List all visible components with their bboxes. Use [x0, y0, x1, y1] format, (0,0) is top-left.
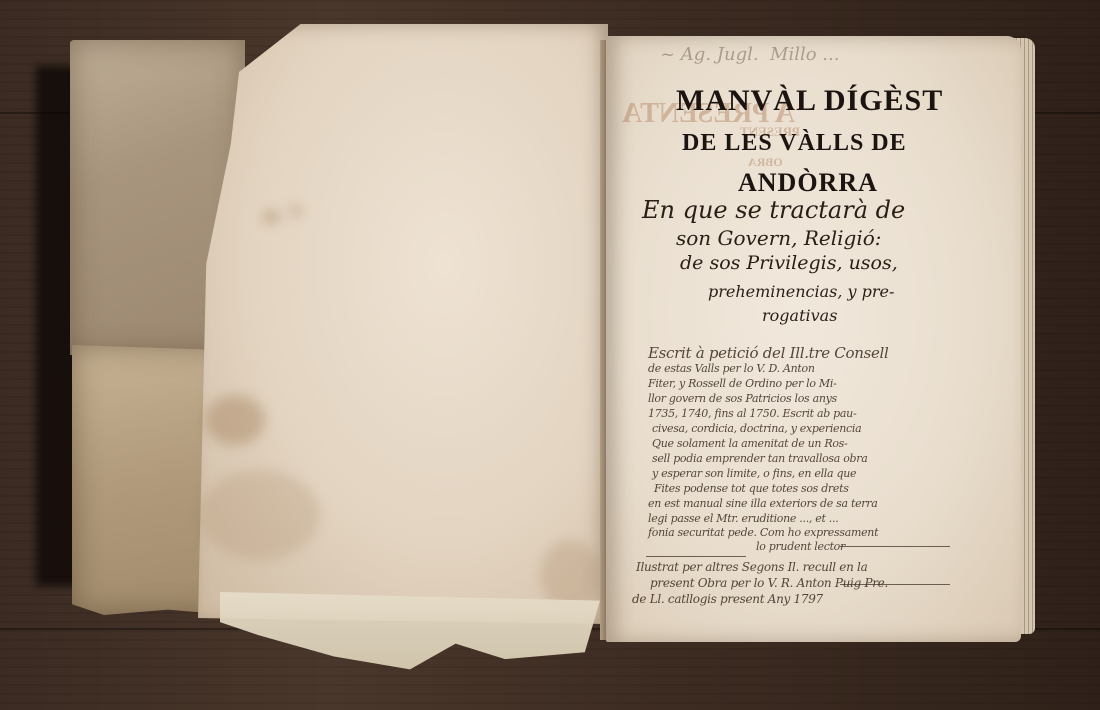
divider-line [840, 584, 950, 585]
stain [200, 470, 320, 560]
body-line: legi passe el Mtr. eruditione ..., et ..… [648, 512, 838, 525]
subtitle-line: son Govern, Religió: [676, 226, 882, 250]
title-line3: ANDÒRRA [738, 168, 878, 198]
body-line: en est manual sine illa exteriors de sa … [648, 497, 877, 510]
subtitle-line: En que se tractarà de [642, 196, 905, 224]
body-line: fonia securitat pede. Com ho expressamen… [648, 526, 878, 539]
divider-line [840, 546, 950, 547]
body-line: civesa, cordicia, doctrina, y experienci… [652, 422, 861, 435]
title-line1: MANVÀL DÍGÈST [676, 84, 943, 118]
body-line: Fites podense tot que totes sos drets [654, 482, 849, 495]
divider-line [646, 556, 746, 557]
stain [205, 395, 265, 445]
footer-line: present Obra per lo V. R. Anton Puig Pre… [650, 576, 888, 590]
body-line: Fiter, y Rossell de Ordino per lo Mi- [648, 377, 837, 390]
body-line: llor govern de sos Patricios los anys [648, 392, 837, 405]
stain [290, 205, 302, 217]
title-line2: DE LES VÀLLS DE [682, 130, 907, 157]
body-line: 1735, 1740, fins al 1750. Escrit ab pau- [648, 407, 856, 420]
footer-line: de Ll. catllogis present Any 1797 [632, 592, 823, 606]
faded-inscription: ~ Ag. Jugl. Millo ... [660, 44, 839, 65]
body-line: Que solament la amenitat de un Ros- [652, 437, 847, 450]
body-line: Escrit à petició del Ill.tre Consell [648, 344, 889, 362]
body-line: sell podia emprender tan travallosa obra [652, 452, 868, 465]
body-line: y esperar son limite, o fins, en ella qu… [652, 467, 856, 480]
stain [262, 210, 280, 224]
body-line: de estas Valls per lo V. D. Anton [648, 362, 815, 375]
subtitle-line: rogativas [762, 306, 837, 325]
subtitle-line: preheminencias, y pre- [708, 282, 894, 301]
footer-line: Ilustrat per altres Segons Il. recull en… [636, 560, 867, 574]
subtitle-line: de sos Privilegis, usos, [680, 252, 898, 274]
body-line: lo prudent lector [756, 540, 845, 553]
